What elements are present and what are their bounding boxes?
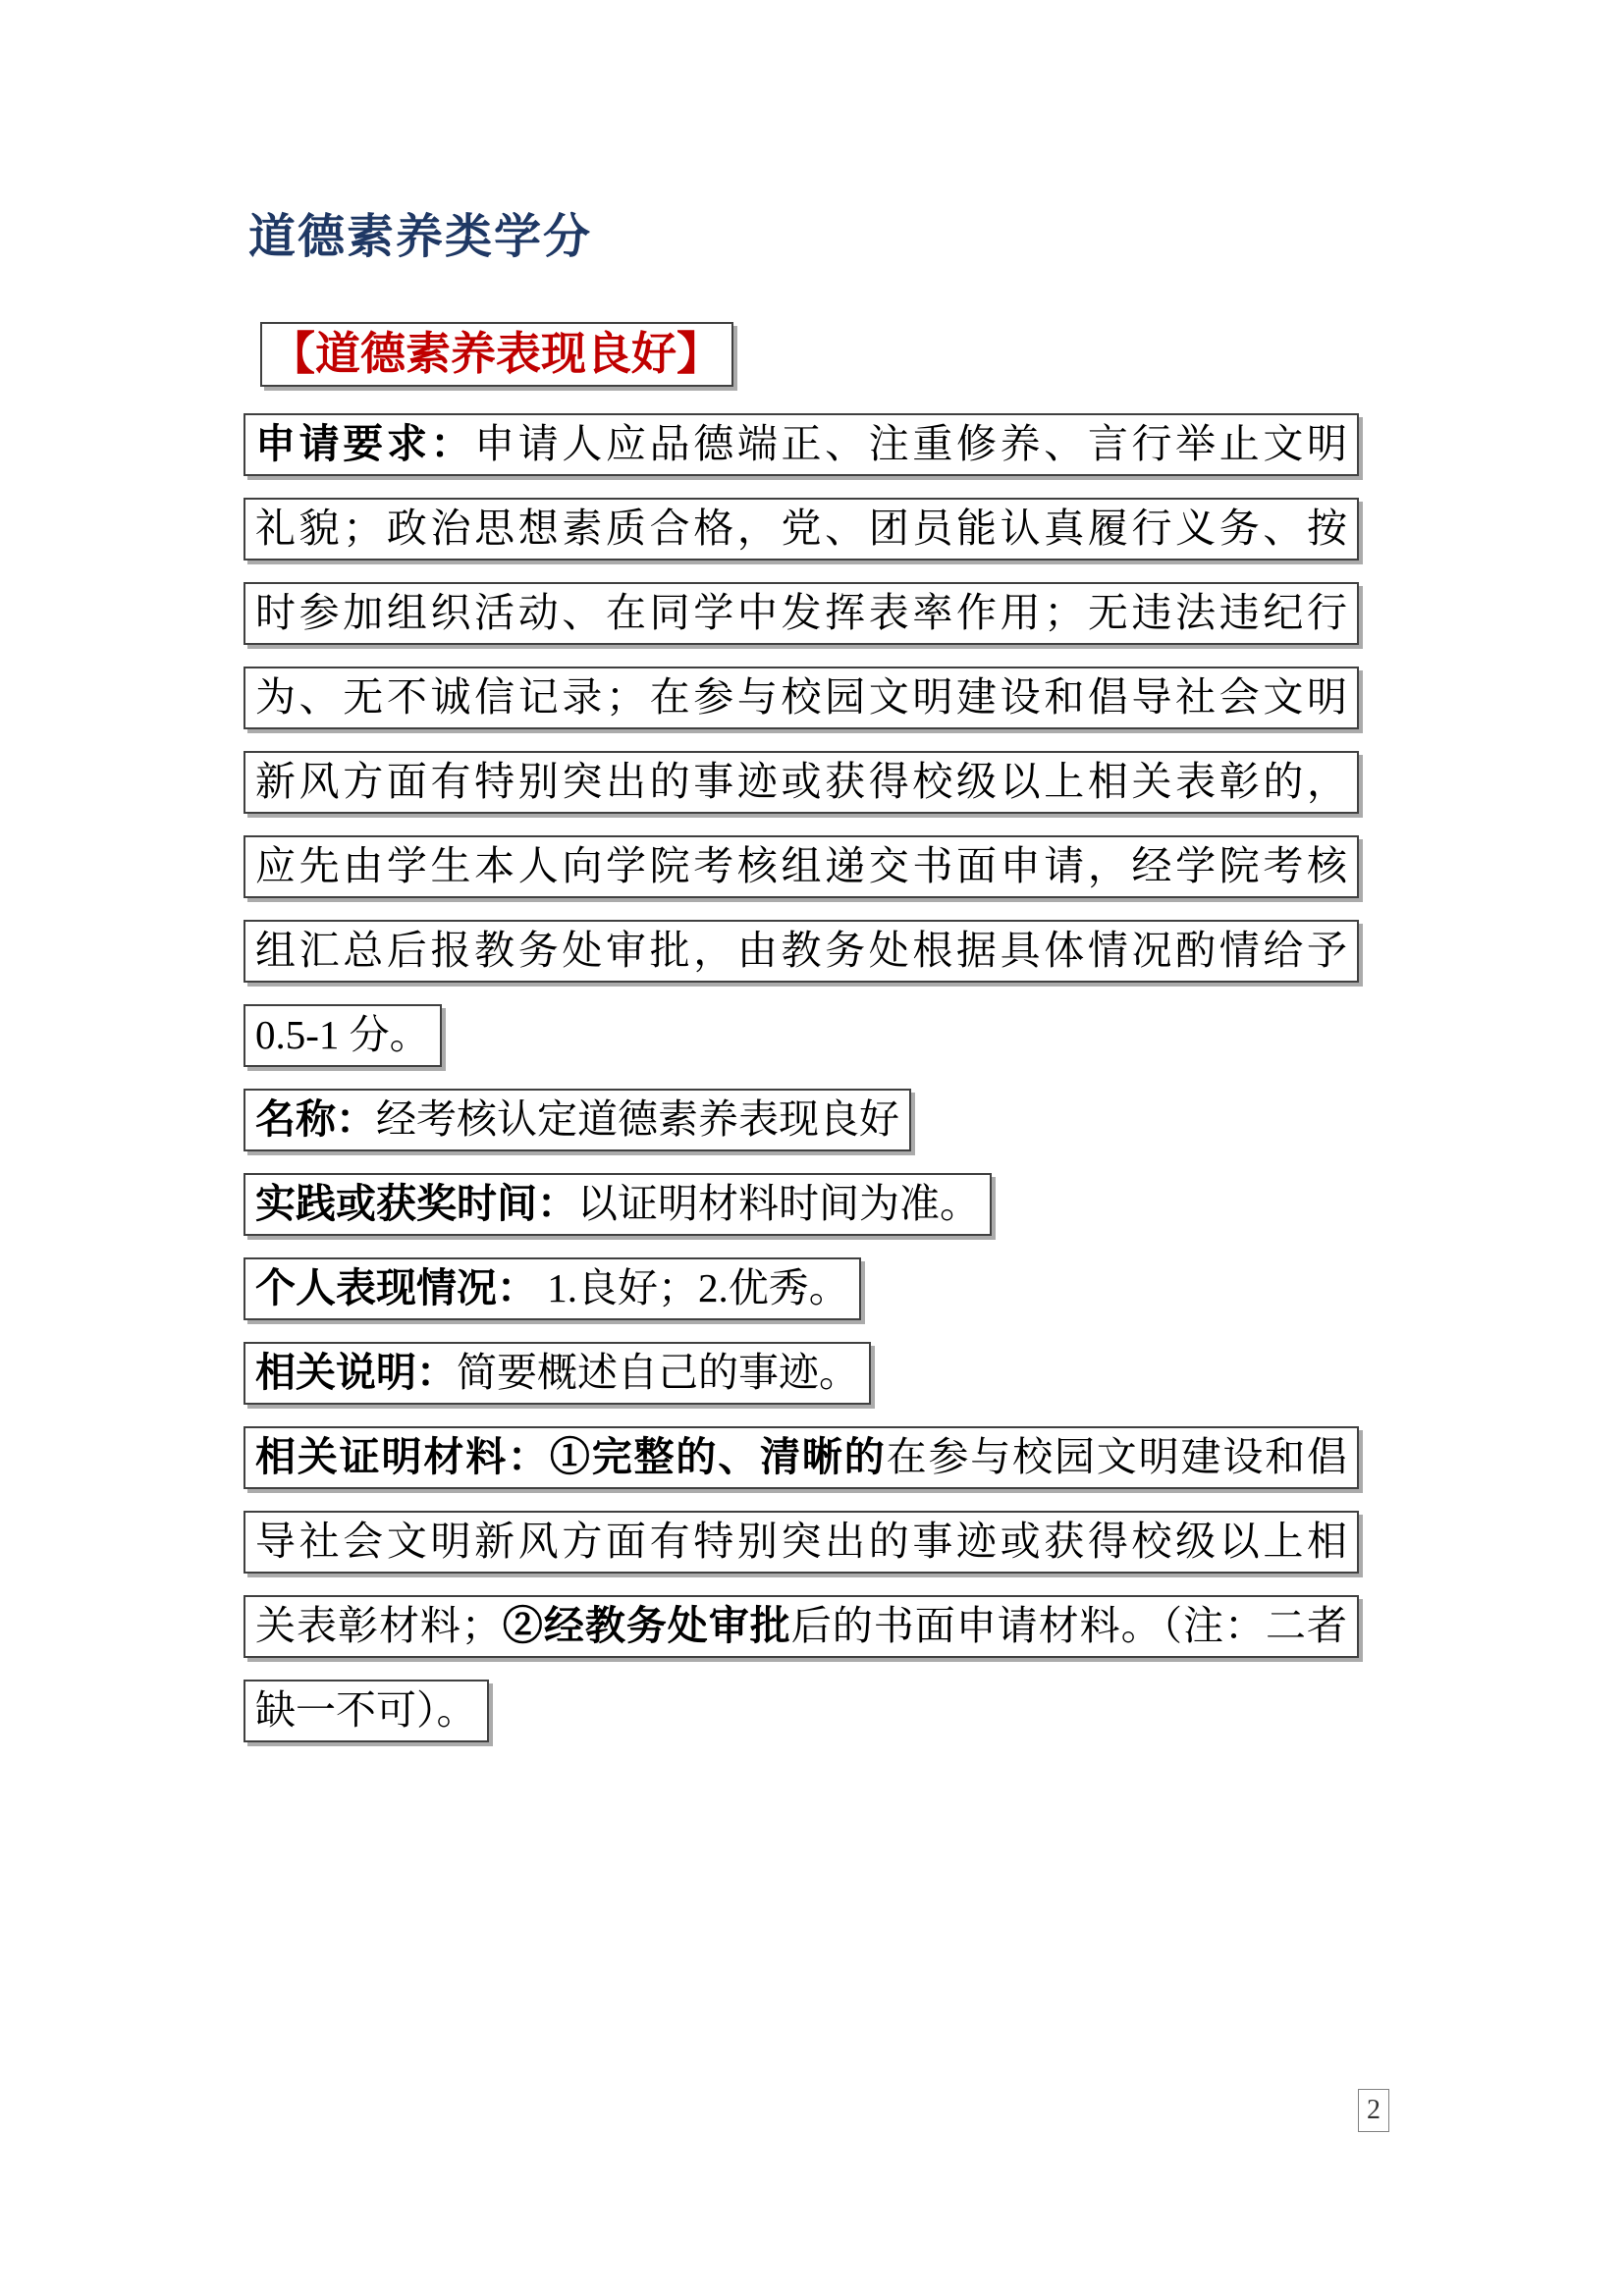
text-line-box: 0.5-1 分。	[244, 1004, 442, 1067]
text-segment: 0.5-1 分。	[255, 1012, 430, 1057]
text-segment: 为、无不诚信记录；在参与校园文明建设和倡导社会文明	[255, 674, 1347, 720]
text-segment: 以证明材料时间为准。	[577, 1181, 980, 1226]
text-line-box: 缺一不可）。	[244, 1680, 489, 1742]
text-line-box: 为、无不诚信记录；在参与校园文明建设和倡导社会文明	[244, 667, 1359, 729]
text-line-box: 组汇总后报教务处审批，由教务处根据具体情况酌情给予	[244, 920, 1359, 983]
text-segment: ②经教务处审批	[502, 1603, 791, 1648]
text-segment: 新风方面有特别突出的事迹或获得校级以上相关表彰的，	[255, 759, 1347, 804]
text-segment: 时参加组织活动、在同学中发挥表率作用；无违法违纪行	[255, 590, 1347, 635]
text-line-box: 礼貌；政治思想素质合格，党、团员能认真履行义务、按	[244, 498, 1359, 561]
text-segment: 应先由学生本人向学院考核组递交书面申请，经学院考核	[255, 843, 1347, 888]
text-segment: 相关说明：	[255, 1350, 457, 1395]
page-number: 2	[1367, 2095, 1380, 2125]
text-line-box: 导社会文明新风方面有特别突出的事迹或获得校级以上相	[244, 1511, 1359, 1574]
text-segment: 礼貌；政治思想素质合格，党、团员能认真履行义务、按	[255, 506, 1347, 551]
text-segment: 导社会文明新风方面有特别突出的事迹或获得校级以上相	[255, 1519, 1347, 1564]
text-line-box: 相关证明材料：①完整的、清晰的在参与校园文明建设和倡	[244, 1426, 1359, 1489]
text-segment: 申请人应品德端正、注重修养、言行举止文明	[474, 421, 1347, 466]
text-segment: 后的书面申请材料。（注：二者	[791, 1603, 1347, 1648]
text-segment: 名称：	[255, 1096, 376, 1142]
section-heading-box: 【道德素养表现良好】	[260, 322, 733, 387]
text-segment: 组汇总后报教务处审批，由教务处根据具体情况酌情给予	[255, 928, 1347, 973]
text-segment: 相关证明材料：①完整的、清晰的	[255, 1434, 887, 1479]
text-line-box: 关表彰材料；②经教务处审批后的书面申请材料。（注：二者	[244, 1595, 1359, 1658]
text-line-box: 相关说明：简要概述自己的事迹。	[244, 1342, 871, 1405]
text-line-box: 个人表现情况： 1.良好；2.优秀。	[244, 1257, 861, 1320]
text-line-box: 时参加组织活动、在同学中发挥表率作用；无违法违纪行	[244, 582, 1359, 645]
text-line-box: 实践或获奖时间：以证明材料时间为准。	[244, 1173, 992, 1236]
section-heading: 【道德素养表现良好】	[270, 329, 722, 379]
document-body: 道德素养类学分 【道德素养表现良好】 申请要求：申请人应品德端正、注重修养、言行…	[244, 209, 1359, 1764]
text-line-box: 新风方面有特别突出的事迹或获得校级以上相关表彰的，	[244, 751, 1359, 814]
text-segment: 个人表现情况：	[255, 1265, 537, 1310]
text-segment: 1.良好；2.优秀。	[537, 1265, 849, 1310]
text-segment: 经考核认定道德素养表现良好	[376, 1096, 899, 1142]
text-segment: 缺一不可）。	[255, 1687, 477, 1733]
text-segment: 简要概述自己的事迹。	[457, 1350, 859, 1395]
text-segment: 申请要求：	[255, 421, 474, 466]
text-segment: 实践或获奖时间：	[255, 1181, 577, 1226]
page-number-box: 2	[1358, 2089, 1389, 2132]
page-title: 道德素养类学分	[248, 209, 1359, 265]
text-line-box: 申请要求：申请人应品德端正、注重修养、言行举止文明	[244, 413, 1359, 476]
text-line-box: 名称：经考核认定道德素养表现良好	[244, 1089, 911, 1151]
text-segment: 关表彰材料；	[255, 1603, 502, 1648]
paragraph-lines: 申请要求：申请人应品德端正、注重修养、言行举止文明礼貌；政治思想素质合格，党、团…	[244, 413, 1359, 1742]
text-line-box: 应先由学生本人向学院考核组递交书面申请，经学院考核	[244, 835, 1359, 898]
text-segment: 在参与校园文明建设和倡	[887, 1434, 1347, 1479]
